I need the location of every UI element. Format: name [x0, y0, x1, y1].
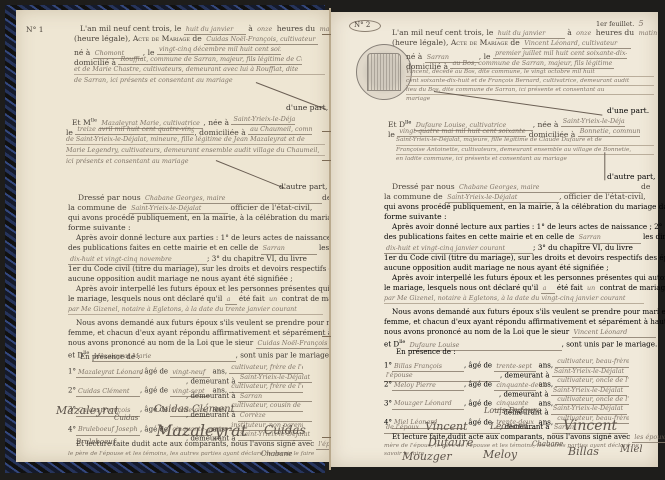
intro-line-2: (heure légale), Acte de Mariage de Cuida… [74, 34, 325, 44]
intro-line-3: né à Chomont, le vingt-cinq décembre mil… [74, 44, 325, 54]
signature: Meloy [483, 448, 517, 461]
left-page: N° 1 L'an mil neuf cent trois, le huit d… [16, 10, 329, 462]
d-autre-part: d'autre part, [607, 172, 655, 182]
feuillet-label: 1er feuillet. 5 [596, 19, 646, 28]
signature: Mazaleyrat [156, 421, 247, 440]
signature: Mazaleyrat [56, 404, 119, 417]
left-officer: Dressé par nous Chabane Georges, mairede… [68, 193, 327, 359]
witness-2: 2°Cuidas Clément, âgé de vingt-sept ans,… [68, 382, 327, 401]
left-intro: L'an mil neuf cent trois, le huit du jan… [80, 24, 325, 86]
right-officer: Dressé par nous Chabane Georges, mairede… [384, 182, 656, 348]
intro-line-4: domicilié à Rouffiat, commune de Sarran,… [74, 54, 325, 64]
signature: Cuidas Clément [154, 404, 235, 415]
signature: Chabane [532, 440, 563, 448]
right-bride: Et Dlle Dufaure Louise, cultivatrice, né… [388, 116, 654, 164]
right-witnesses: En présence de : 1°Billas François, âgé … [384, 348, 656, 458]
signature: Mouzger [402, 450, 452, 463]
d-une-part: d'une part. [607, 106, 649, 116]
d-une-part: d'une part, [286, 103, 328, 113]
left-bride: Et Mlle Mazaleyrat Marie, cultivatrice, … [72, 114, 325, 166]
intro-line-1: L'an mil neuf cent trois, le huit du jan… [80, 24, 325, 34]
right-intro: L'an mil neuf cent trois, le huit du jan… [392, 28, 654, 103]
signature: Cuidas [114, 414, 138, 422]
witness-2: 2°Meloy Pierre, âgé de cinquante-deux an… [384, 376, 656, 395]
signature: Miel [620, 444, 643, 455]
signature: Vincent [563, 418, 617, 434]
signature: Léonard [490, 422, 528, 432]
signature: Cuidas [264, 423, 306, 437]
witness-1: 1°Billas François, âgé de trente-sept an… [384, 357, 656, 376]
act-number: N° 2 [354, 21, 370, 29]
signature: Dufaure [428, 436, 473, 449]
signature: Billas [568, 445, 599, 458]
act-number: N° 1 [26, 25, 43, 34]
d-autre-part: d'autre part, [279, 182, 327, 192]
signature: Chabane [261, 450, 292, 458]
leader-line [605, 152, 606, 180]
witness-1: 1°Mazaleyrat Léonard, âgé de vingt-neuf … [68, 363, 327, 382]
signature: Louis Dufaure [484, 406, 542, 415]
signature: Vincent [425, 420, 468, 433]
signature: Bruleboeuf [76, 438, 115, 446]
